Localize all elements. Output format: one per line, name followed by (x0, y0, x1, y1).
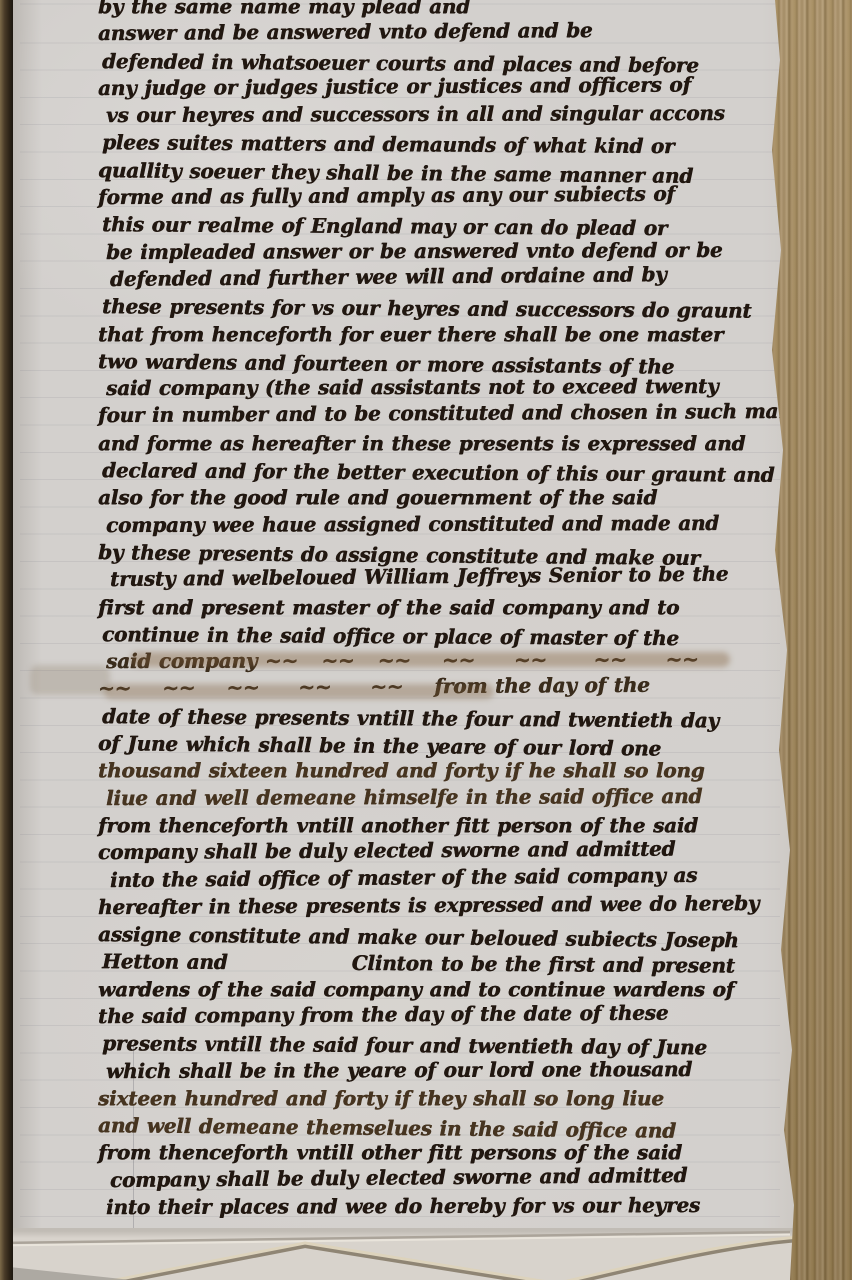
manuscript-line: company wee haue assigned constituted an… (106, 509, 806, 539)
manuscript-line: into the said office of master of the sa… (110, 860, 810, 893)
manuscript-line: first and present master of the said com… (98, 594, 798, 621)
manuscript-line: these presents for vs our heyres and suc… (102, 293, 802, 325)
manuscript-line: the said company from the day of the dat… (98, 999, 798, 1031)
manuscript-line: Hetton and Clinton to be the first and p… (102, 948, 802, 980)
parchment-fold-plica (0, 1228, 852, 1280)
manuscript-text-block: by the same name may plead and answer an… (98, 0, 798, 1221)
manuscript-line: hereafter in these presents is expressed… (98, 890, 798, 922)
manuscript-line: into their places and wee do hereby for … (106, 1192, 806, 1222)
manuscript-line: company shall be duly elected sworne and… (110, 1161, 810, 1194)
manuscript-line: and forme as hereafter in these presents… (98, 430, 798, 457)
manuscript-line: vs our heyres and successors in all and … (106, 100, 806, 130)
manuscript-line: sixteen hundred and forty if they shall … (98, 1085, 798, 1112)
manuscript-line: that from henceforth for euer there shal… (98, 321, 798, 348)
wood-frame-left-edge (0, 0, 13, 1280)
parchment-document: by the same name may plead and answer an… (0, 0, 852, 1280)
manuscript-line: declared and for the better execution of… (102, 457, 802, 489)
lacing-cord (0, 1228, 852, 1280)
manuscript-line: trusty and welbeloued William Jeffreys S… (110, 560, 810, 593)
photo-scene: by the same name may plead and answer an… (0, 0, 852, 1280)
manuscript-line: any judge or judges justice or justices … (98, 71, 798, 103)
manuscript-line: defended and further wee will and ordain… (110, 260, 810, 293)
manuscript-line: liue and well demeane himselfe in the sa… (106, 782, 806, 812)
manuscript-line: answer and be answered vnto defend and b… (98, 16, 798, 48)
manuscript-line: ~~ ~~ ~~ ~~ ~~ from the day of the (98, 671, 798, 703)
manuscript-line: plees suites matters and demaunds of wha… (102, 130, 802, 162)
manuscript-line: four in number and to be constituted and… (98, 398, 798, 430)
manuscript-line: forme and as fully and amply as any our … (98, 180, 798, 212)
manuscript-line: which shall be in the yeare of our lord … (106, 1055, 806, 1085)
